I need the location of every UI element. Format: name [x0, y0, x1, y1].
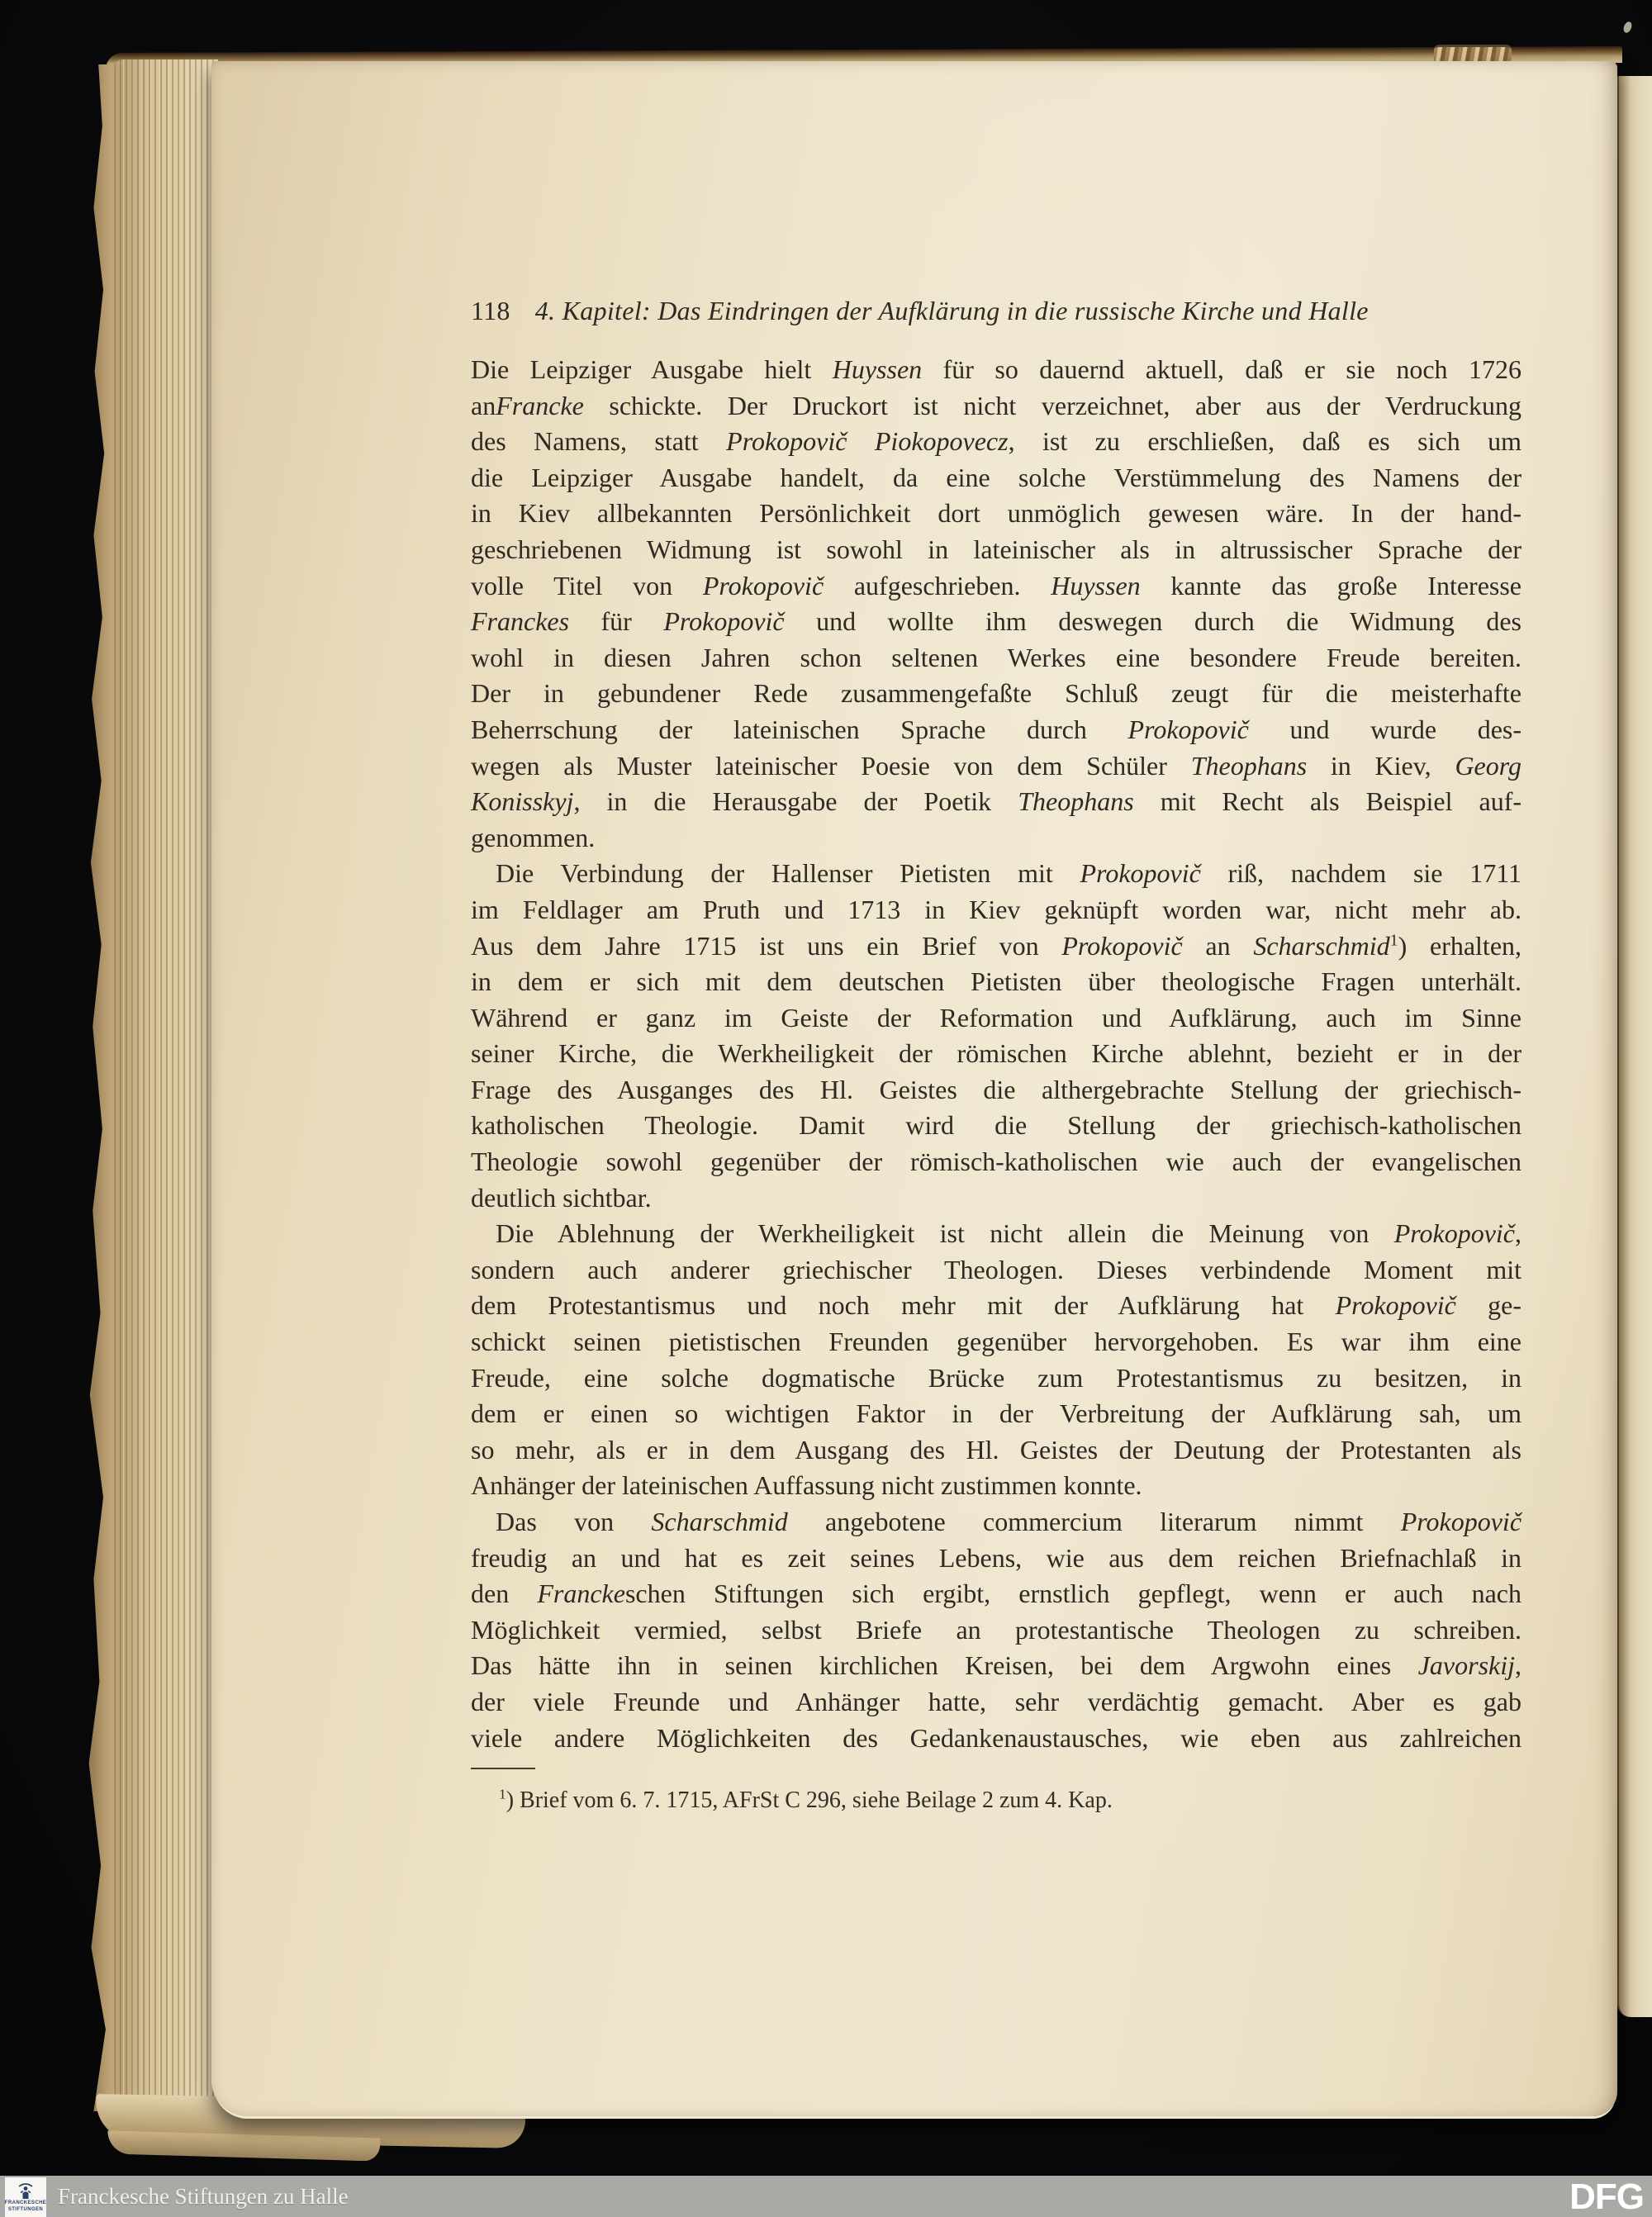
text-segment: Das hätte ihn in seinen kirchlichen Krei… [471, 1650, 1418, 1680]
text-line: anFrancke schickte. Der Druckort ist nic… [471, 388, 1521, 425]
text-line: Das hätte ihn in seinen kirchlichen Krei… [471, 1648, 1521, 1684]
emphasized-name: Prokopovič Piokopovecz [726, 426, 1008, 456]
text-segment: der viele Freunde und Anhänger hatte, se… [471, 1687, 1521, 1716]
franckesche-stiftungen-logo: FRANCKESCHE STIFTUNGEN [5, 2177, 46, 2217]
text-segment: , [1515, 1650, 1521, 1680]
text-segment: schen Stiftungen sich ergibt, ernstlich … [625, 1578, 1521, 1608]
text-line: im Feldlager am Pruth und 1713 in Kiev g… [471, 892, 1521, 928]
emphasized-name: Javorskij [1418, 1650, 1515, 1680]
text-segment: die Leipziger Ausgabe handelt, da eine s… [471, 463, 1521, 492]
text-segment: in dem er sich mit dem deutschen Pietist… [471, 966, 1521, 996]
emphasized-name: Huyssen [833, 354, 922, 384]
text-segment: Aus dem Jahre 1715 ist uns ein Brief von [471, 931, 1061, 961]
text-line: geschriebenen Widmung ist sowohl in late… [471, 532, 1521, 568]
emphasized-name: Prokopovič [1080, 858, 1201, 888]
footnote-marker: 1 [499, 1787, 506, 1802]
text-line: Konisskyj, in die Herausgabe der Poetik … [471, 784, 1521, 820]
text-segment: den [471, 1578, 537, 1608]
text-segment: und wollte ihm deswegen durch die Widmun… [785, 606, 1521, 636]
text-segment: Möglichkeit vermied, selbst Briefe an pr… [471, 1615, 1521, 1645]
text-segment: Die Ablehnung der Werkheiligkeit ist nic… [496, 1218, 1394, 1248]
text-segment: Freude, eine solche dogmatische Brücke z… [471, 1363, 1521, 1393]
text-segment: , [1515, 1218, 1521, 1248]
text-line: Das von Scharschmid angebotene commerciu… [471, 1504, 1521, 1541]
emphasized-name: Theophans [1191, 751, 1307, 781]
text-segment: Während er ganz im Geiste der Reformatio… [471, 1003, 1521, 1033]
text-segment: Beherrschung der lateinischen Sprache du… [471, 714, 1128, 744]
text-segment: für [569, 606, 663, 636]
text-segment: dem er einen so wichtigen Faktor in der … [471, 1398, 1521, 1428]
logo-text-line2: STIFTUNGEN [8, 2207, 43, 2213]
emphasized-name: Huyssen [1051, 571, 1140, 601]
text-segment: seiner Kirche, die Werkheiligkeit der rö… [471, 1038, 1521, 1068]
text-line: in dem er sich mit dem deutschen Pietist… [471, 964, 1521, 1000]
text-segment: Die Verbindung der Hallenser Pietisten m… [496, 858, 1080, 888]
scanned-book-viewer: 118 4. Kapitel: Das Eindringen der Aufkl… [0, 0, 1652, 2217]
text-segment: volle Titel von [471, 571, 703, 601]
text-segment: aufgeschrieben. [824, 571, 1051, 601]
text-line: die Leipziger Ausgabe handelt, da eine s… [471, 460, 1521, 496]
dfg-logo: DFG [1569, 2176, 1644, 2217]
text-line: seiner Kirche, die Werkheiligkeit der rö… [471, 1036, 1521, 1072]
emphasized-name: Scharschmid [651, 1507, 787, 1536]
chapter-title: 4. Kapitel: Das Eindringen der Aufklärun… [535, 296, 1369, 326]
text-line: wegen als Muster lateinischer Poesie von… [471, 748, 1521, 785]
text-line: Während er ganz im Geiste der Reformatio… [471, 1000, 1521, 1037]
text-segment: für so dauernd aktuell, daß er sie noch … [922, 354, 1521, 384]
text-segment: mit Recht als Beispiel auf- [1134, 786, 1521, 816]
text-segment: und wurde des- [1249, 714, 1521, 744]
text-line: so mehr, als er in dem Ausgang des Hl. G… [471, 1432, 1521, 1469]
text-line: katholischen Theologie. Damit wird die S… [471, 1108, 1521, 1144]
page-number: 118 [471, 296, 510, 326]
text-segment: in Kiev allbekannten Persönlichkeit dort… [471, 498, 1521, 528]
text-line: Möglichkeit vermied, selbst Briefe an pr… [471, 1612, 1521, 1649]
text-segment: Anhänger der lateinischen Auffassung nic… [471, 1470, 1142, 1500]
page-text-block: 118 4. Kapitel: Das Eindringen der Aufkl… [471, 296, 1521, 1816]
text-line: sondern auch anderer griechischer Theolo… [471, 1252, 1521, 1289]
text-segment: angebotene commercium literarum nimmt [788, 1507, 1401, 1536]
text-line: dem er einen so wichtigen Faktor in der … [471, 1396, 1521, 1432]
text-segment: Das von [496, 1507, 651, 1536]
text-segment: wegen als Muster lateinischer Poesie von… [471, 751, 1191, 781]
francke-emblem-icon [17, 2181, 34, 2200]
text-line: Theologie sowohl gegenüber der römisch-k… [471, 1144, 1521, 1180]
book-stacked-page-edges [114, 59, 218, 2118]
text-line: Die Verbindung der Hallenser Pietisten m… [471, 856, 1521, 892]
text-line: deutlich sichtbar. [471, 1180, 1521, 1217]
text-line: den Franckeschen Stiftungen sich ergibt,… [471, 1576, 1521, 1612]
text-segment: geschriebenen Widmung ist sowohl in late… [471, 534, 1521, 564]
text-segment: Frage des Ausganges des Hl. Geistes die … [471, 1075, 1521, 1104]
text-segment: an [471, 391, 496, 420]
text-segment: in Kiev, [1307, 751, 1455, 781]
emphasized-name: Francke [496, 391, 584, 420]
text-segment: ) Brief vom 6. 7. 1715, AFrSt C 296, sie… [506, 1787, 1113, 1813]
text-segment: dem Protestantismus und noch mehr mit de… [471, 1290, 1336, 1320]
text-line: genommen. [471, 820, 1521, 857]
text-segment: sondern auch anderer griechischer Theolo… [471, 1255, 1521, 1284]
emphasized-name: Francke [537, 1578, 625, 1608]
text-line: der viele Freunde und Anhänger hatte, se… [471, 1684, 1521, 1721]
text-line: Die Leipziger Ausgabe hielt Huyssen für … [471, 352, 1521, 388]
text-line: Beherrschung der lateinischen Sprache du… [471, 712, 1521, 748]
text-segment: deutlich sichtbar. [471, 1183, 652, 1213]
emphasized-name: Franckes [471, 606, 569, 636]
text-line: Frage des Ausganges des Hl. Geistes die … [471, 1072, 1521, 1108]
footnote-marker: 1 [1390, 931, 1398, 949]
emphasized-name: Prokopovič [703, 571, 824, 601]
text-line: Die Ablehnung der Werkheiligkeit ist nic… [471, 1216, 1521, 1252]
text-segment: katholischen Theologie. Damit wird die S… [471, 1110, 1521, 1140]
text-segment: genommen. [471, 823, 595, 852]
running-head: 118 4. Kapitel: Das Eindringen der Aufkl… [471, 296, 1521, 330]
text-line: viele andere Möglichkeiten des Gedankena… [471, 1721, 1521, 1757]
text-segment: ) erhalten, [1398, 931, 1521, 961]
emphasized-name: Konisskyj [471, 786, 573, 816]
text-segment: freudig an und hat es zeit seines Lebens… [471, 1543, 1521, 1573]
text-segment: riß, nachdem sie 1711 [1201, 858, 1521, 888]
text-segment: wohl in diesen Jahren schon seltenen Wer… [471, 643, 1521, 672]
institution-name: Franckesche Stiftungen zu Halle [58, 2176, 349, 2217]
scan-dust-speck [1622, 21, 1634, 34]
text-line: volle Titel von Prokopovič aufgeschriebe… [471, 568, 1521, 605]
emphasized-name: Scharschmid [1253, 931, 1389, 961]
text-segment: Der in gebundener Rede zusammengefaßte S… [471, 678, 1521, 708]
text-segment: , ist zu erschließen, daß es sich um [1009, 426, 1521, 456]
text-segment: an [1183, 931, 1254, 961]
emphasized-name: Theophans [1018, 786, 1133, 816]
logo-text-line1: FRANCKESCHE [5, 2200, 46, 2206]
text-segment: , in die Herausgabe der Poetik [573, 786, 1018, 816]
emphasized-name: Prokopovič [1061, 931, 1182, 961]
emphasized-name: Prokopovič [1401, 1507, 1521, 1536]
emphasized-name: Prokopovič [1128, 714, 1249, 744]
text-segment: kannte das große Interesse [1141, 571, 1521, 601]
text-segment: viele andere Möglichkeiten des Gedankena… [471, 1723, 1521, 1753]
text-segment: im Feldlager am Pruth und 1713 in Kiev g… [471, 895, 1521, 924]
body-text: Die Leipziger Ausgabe hielt Huyssen für … [471, 352, 1521, 1756]
text-line: in Kiev allbekannten Persönlichkeit dort… [471, 496, 1521, 532]
text-line: dem Protestantismus und noch mehr mit de… [471, 1288, 1521, 1324]
emphasized-name: Prokopovič [1336, 1290, 1456, 1320]
text-line: Aus dem Jahre 1715 ist uns ein Brief von… [471, 928, 1521, 965]
text-line: Franckes für Prokopovič und wollte ihm d… [471, 604, 1521, 640]
text-line: des Namens, statt Prokopovič Piokopovecz… [471, 424, 1521, 460]
text-segment: des Namens, statt [471, 426, 726, 456]
text-line: schickt seinen pietistischen Freunden ge… [471, 1324, 1521, 1360]
text-segment: Theologie sowohl gegenüber der römisch-k… [471, 1146, 1521, 1176]
text-segment: schickt seinen pietistischen Freunden ge… [471, 1327, 1521, 1356]
text-segment: ge- [1456, 1290, 1521, 1320]
emphasized-name: Prokopovič [663, 606, 784, 636]
text-line: freudig an und hat es zeit seines Lebens… [471, 1541, 1521, 1577]
text-line: Der in gebundener Rede zusammengefaßte S… [471, 676, 1521, 712]
text-segment: schickte. Der Druckort ist nicht verzeic… [584, 391, 1521, 420]
text-segment: Die Leipziger Ausgabe hielt [471, 354, 833, 384]
emphasized-name: Georg [1455, 751, 1521, 781]
facing-page-sliver [1617, 76, 1652, 2017]
text-segment: so mehr, als er in dem Ausgang des Hl. G… [471, 1435, 1521, 1465]
emphasized-name: Prokopovič [1394, 1218, 1515, 1248]
text-line: wohl in diesen Jahren schon seltenen Wer… [471, 640, 1521, 676]
footnote-text: 1) Brief vom 6. 7. 1715, AFrSt C 296, si… [471, 1786, 1521, 1816]
book-page: 118 4. Kapitel: Das Eindringen der Aufkl… [211, 61, 1617, 2116]
text-line: Freude, eine solche dogmatische Brücke z… [471, 1360, 1521, 1397]
footnote-separator [471, 1768, 535, 1769]
text-line: Anhänger der lateinischen Auffassung nic… [471, 1468, 1521, 1504]
